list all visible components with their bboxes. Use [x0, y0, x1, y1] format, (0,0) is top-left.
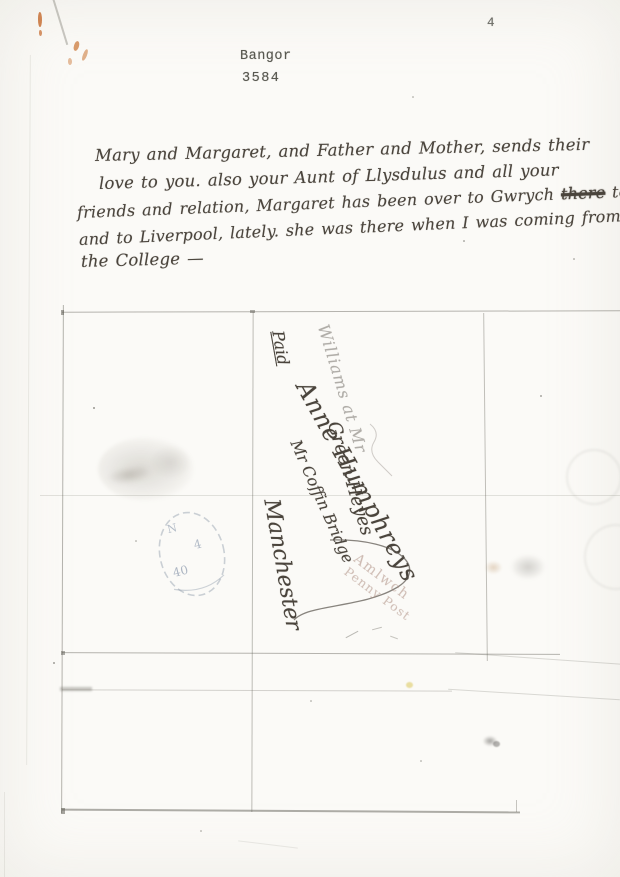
rust-mark — [38, 12, 42, 27]
fold-line-smudge — [60, 687, 92, 691]
archive-number-label: 3584 — [242, 71, 280, 86]
speck — [412, 96, 414, 98]
rust-mark — [39, 30, 42, 36]
stain — [406, 682, 413, 688]
scanned-letter-page: 4 Bangor 3584 Mary and Margaret, and Fat… — [0, 0, 620, 877]
speck — [463, 240, 465, 242]
speck — [53, 662, 55, 664]
archive-location-label: Bangor — [240, 49, 292, 64]
ink-smudge — [510, 554, 546, 580]
fold-line-lower2 — [62, 689, 452, 691]
speck — [310, 700, 312, 702]
fold-corner-tick — [61, 808, 65, 814]
speck — [540, 395, 542, 397]
stain — [485, 561, 502, 574]
fold-line-lower2-right — [448, 689, 620, 700]
crease — [26, 55, 31, 765]
speck — [573, 258, 575, 260]
speck — [200, 830, 202, 832]
speck — [135, 540, 137, 542]
postmark-ghost — [566, 449, 620, 505]
fold-line-vertical-left — [61, 305, 64, 813]
fold-line-vertical-right — [483, 313, 488, 661]
letter-line-5: the College — — [81, 249, 204, 271]
address-scrawl-squiggle — [362, 420, 402, 480]
fold-corner-tick — [61, 651, 65, 655]
crease — [4, 792, 5, 877]
rust-mark — [73, 40, 81, 51]
letter-line-3-post: to — [612, 182, 620, 202]
pencil-mark — [346, 631, 359, 639]
ink-smudge — [493, 741, 500, 747]
datestamp-char-3: 40 — [171, 563, 189, 580]
fold-line-top — [62, 310, 620, 312]
fold-corner-tick — [61, 310, 64, 315]
datestamp-char-1: N — [166, 521, 179, 536]
address-paid: Paid — [268, 329, 293, 367]
ink-smudge — [150, 445, 192, 479]
datestamp-char-2: 4 — [192, 537, 203, 553]
crease — [238, 840, 298, 848]
speck — [93, 407, 95, 409]
datestamp: N 4 40 — [144, 500, 240, 608]
postmark-ghost — [584, 524, 620, 590]
speck — [420, 760, 422, 762]
fold-line-bottom — [62, 809, 520, 813]
crease — [52, 0, 68, 45]
page-number: 4 — [487, 16, 495, 30]
letter-line-1: Mary and Margaret, and Father and Mother… — [95, 135, 590, 165]
rust-mark — [81, 49, 89, 62]
struck-word: there — [561, 183, 606, 204]
rust-mark — [68, 58, 72, 65]
fold-corner-tick — [250, 310, 255, 313]
pencil-mark — [390, 636, 398, 640]
fold-line-bottom-hook — [516, 800, 517, 812]
fold-line-vertical-middle — [251, 312, 253, 812]
